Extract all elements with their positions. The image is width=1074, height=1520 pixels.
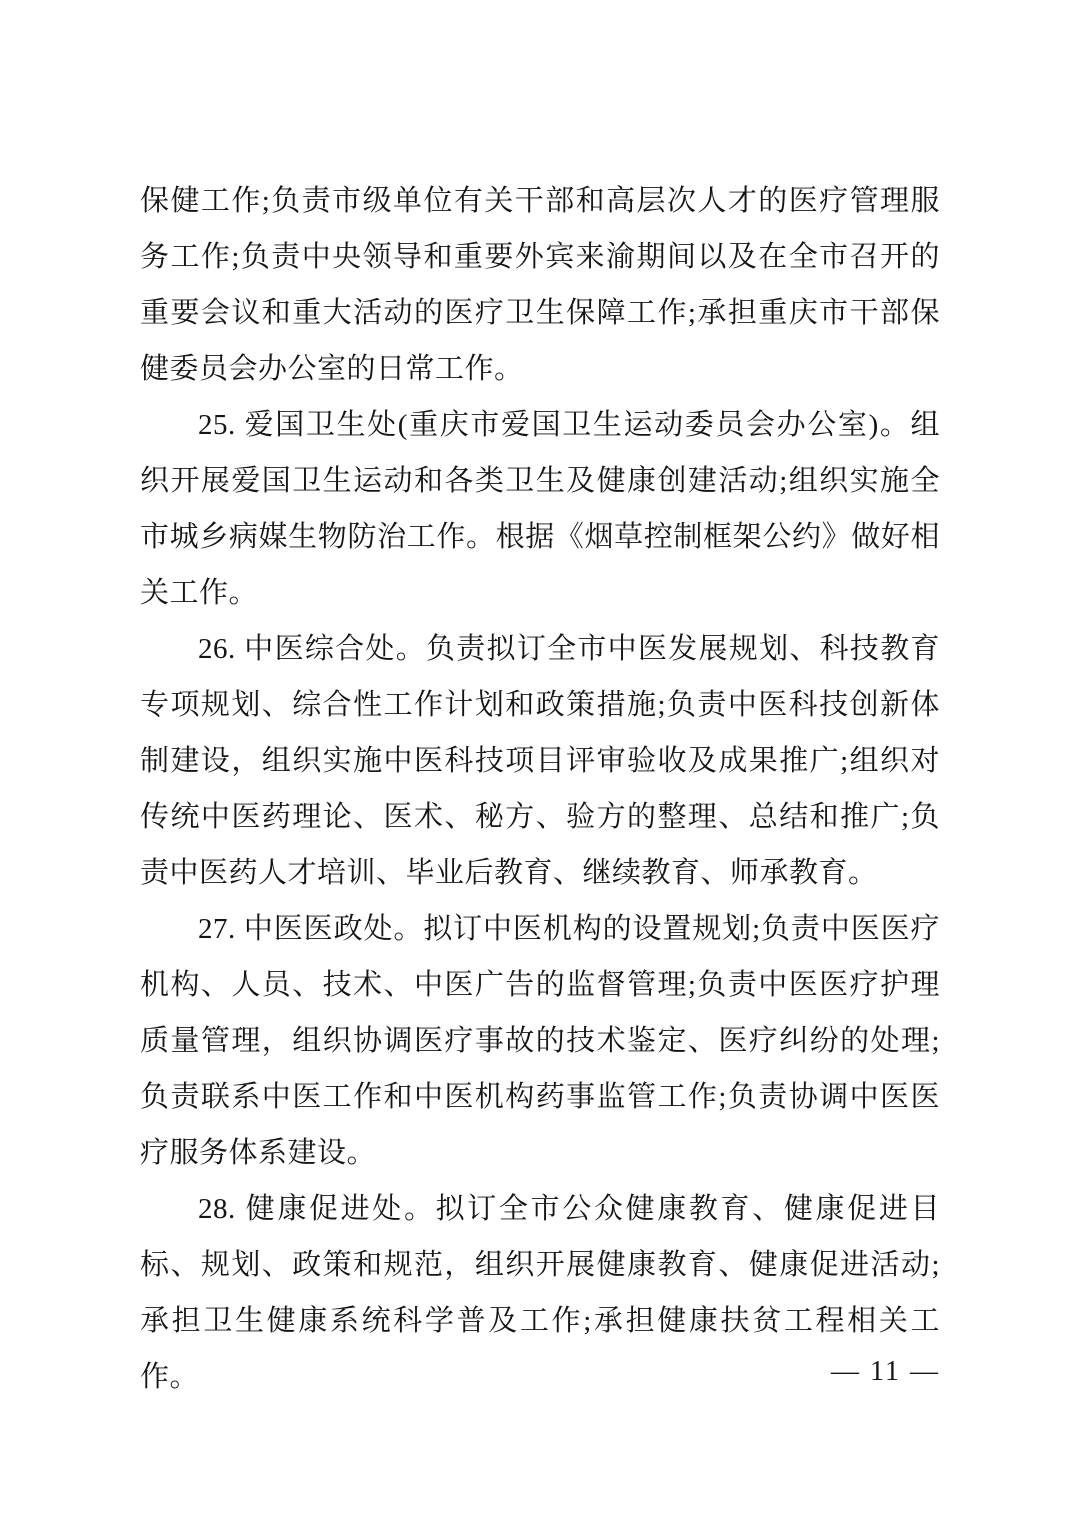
document-body: 保健工作;负责市级单位有关干部和高层次人才的医疗管理服务工作;负责中央领导和重要… (140, 173, 940, 1405)
paragraph-item-28: 28. 健康促进处。拟订全市公众健康教育、健康促进目标、规划、政策和规范，组织开… (140, 1181, 940, 1405)
paragraph-continuation: 保健工作;负责市级单位有关干部和高层次人才的医疗管理服务工作;负责中央领导和重要… (140, 173, 940, 397)
paragraph-item-25: 25. 爱国卫生处(重庆市爱国卫生运动委员会办公室)。组织开展爱国卫生运动和各类… (140, 397, 940, 621)
page-number: — 11 — (831, 1352, 940, 1392)
document-page: 保健工作;负责市级单位有关干部和高层次人才的医疗管理服务工作;负责中央领导和重要… (0, 0, 1074, 1520)
paragraph-item-27: 27. 中医医政处。拟订中医机构的设置规划;负责中医医疗机构、人员、技术、中医广… (140, 901, 940, 1181)
paragraph-item-26: 26. 中医综合处。负责拟订全市中医发展规划、科技教育专项规划、综合性工作计划和… (140, 621, 940, 901)
